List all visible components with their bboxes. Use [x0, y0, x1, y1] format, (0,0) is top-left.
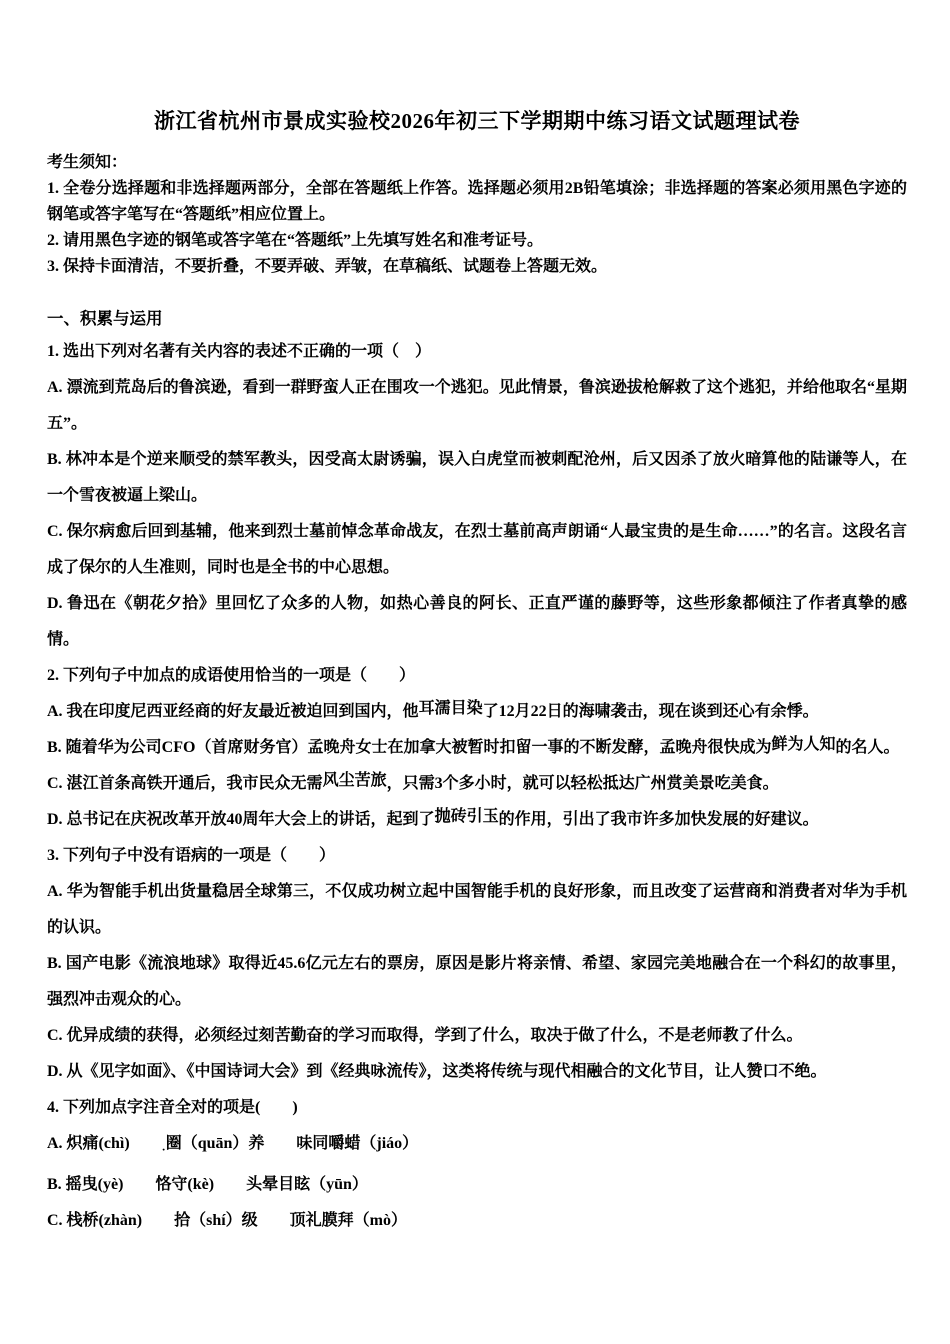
text-segment: ，只需3个多小时，就可以轻松抵达广州赏美景吃美食。 — [387, 775, 779, 792]
q4-option-c: C. 栈桥(zhàn) 拾（shí）级 顶礼膜拜（mò） — [47, 1203, 907, 1239]
exam-paper-page: 浙江省杭州市景成实验校2026年初三下学期期中练习语文试题理试卷 考生须知： 1… — [0, 0, 950, 1344]
q3-stem: 3. 下列句子中没有语病的一项是（ ） — [47, 838, 907, 874]
q2-option-c: C. 湛江首条高铁开通后，我市民众无需风尘苦旅，只需3个多小时，就可以轻松抵达广… — [47, 766, 907, 802]
questions-container: 1. 选出下列对名著有关内容的表述不正确的一项（ ）A. 漂流到荒岛后的鲁滨逊，… — [47, 334, 907, 1239]
emphasized-idiom: 抛砖引玉 — [435, 808, 499, 825]
notice-heading: 考生须知： — [47, 150, 907, 176]
text-segment: 1. 选出下列对名著有关内容的表述不正确的一项（ ） — [47, 343, 431, 360]
q1-option-d: D. 鲁迅在《朝花夕拾》里回忆了众多的人物，如热心善良的阿长、正直严谨的藤野等，… — [47, 586, 907, 658]
q3-option-d: D. 从《见字如面》、《中国诗词大会》到《经典咏流传》，这类将传统与现代相融合的… — [47, 1054, 907, 1090]
text-segment: C. 栈桥(zhàn) 拾（shí）级 顶礼膜拜（mò） — [47, 1212, 407, 1229]
notice-item-3: 3. 保持卡面清洁，不要折叠，不要弄破、弄皱，在草稿纸、试题卷上答题无效。 — [47, 254, 907, 280]
text-segment: 3. 下列句子中没有语病的一项是（ ） — [47, 847, 335, 864]
section-heading: 一、积累与运用 — [47, 304, 907, 334]
text-segment: A. 炽痛(chì) — [47, 1135, 162, 1152]
text-segment: D. 鲁迅在《朝花夕拾》里回忆了众多的人物，如热心善良的阿长、正直严谨的藤野等，… — [47, 595, 907, 648]
q2-option-d: D. 总书记在庆祝改革开放40周年大会上的讲话，起到了抛砖引玉的作用，引出了我市… — [47, 802, 907, 838]
text-segment: 2. 下列句子中加点的成语使用恰当的一项是（ ） — [47, 667, 415, 684]
text-segment: 的作用，引出了我市许多加快发展的好建议。 — [499, 811, 819, 828]
q1-option-a: A. 漂流到荒岛后的鲁滨逊，看到一群野蛮人正在围攻一个逃犯。见此情景，鲁滨逊拔枪… — [47, 370, 907, 442]
notice-item-1: 1. 全卷分选择题和非选择题两部分，全部在答题纸上作答。选择题必须用2B铅笔填涂… — [47, 176, 907, 228]
q3-option-c: C. 优异成绩的获得，必须经过刻苦勤奋的学习而取得，学到了什么，取决于做了什么，… — [47, 1018, 907, 1054]
notice-item-2: 2. 请用黑色字迹的钢笔或答字笔在“答题纸”上先填写姓名和准考证号。 — [47, 228, 907, 254]
q2-option-b: B. 随着华为公司CFO（首席财务官）孟晚舟女士在加拿大被暂时扣留一事的不断发酵… — [47, 730, 907, 766]
q2-option-a: A. 我在印度尼西亚经商的好友最近被迫回到国内，他耳濡目染了12月22日的海啸袭… — [47, 694, 907, 730]
q1-stem: 1. 选出下列对名著有关内容的表述不正确的一项（ ） — [47, 334, 907, 370]
text-segment: B. 国产电影《流浪地球》取得近45.6亿元左右的票房，原因是影片将亲情、希望、… — [47, 955, 907, 1008]
text-segment: C. 保尔病愈后回到基辅，他来到烈士墓前悼念革命战友，在烈士墓前高声朗诵“人最宝… — [47, 523, 907, 576]
text-segment: A. 我在印度尼西亚经商的好友最近被迫回到国内，他 — [47, 703, 419, 720]
q1-option-c: C. 保尔病愈后回到基辅，他来到烈士墓前悼念革命战友，在烈士墓前高声朗诵“人最宝… — [47, 514, 907, 586]
text-segment: D. 从《见字如面》、《中国诗词大会》到《经典咏流传》，这类将传统与现代相融合的… — [47, 1063, 827, 1080]
text-segment: B. 摇曳(yè) 恪守(kè) 头晕目眩（yūn） — [47, 1176, 368, 1193]
text-segment: B. 林冲本是个逆来顺受的禁军教头，因受高太尉诱骗，误入白虎堂而被刺配沧州，后又… — [47, 451, 907, 504]
text-segment: A. 华为智能手机出货量稳居全球第三，不仅成功树立起中国智能手机的良好形象，而且… — [47, 883, 907, 936]
notice-section: 考生须知： 1. 全卷分选择题和非选择题两部分，全部在答题纸上作答。选择题必须用… — [47, 150, 907, 280]
text-segment: A. 漂流到荒岛后的鲁滨逊，看到一群野蛮人正在围攻一个逃犯。见此情景，鲁滨逊拔枪… — [47, 379, 907, 432]
text-segment: C. 优异成绩的获得，必须经过刻苦勤奋的学习而取得，学到了什么，取决于做了什么，… — [47, 1027, 803, 1044]
text-segment: 的名人。 — [835, 739, 899, 756]
q2-stem: 2. 下列句子中加点的成语使用恰当的一项是（ ） — [47, 658, 907, 694]
q1-option-b: B. 林冲本是个逆来顺受的禁军教头，因受高太尉诱骗，误入白虎堂而被刺配沧州，后又… — [47, 442, 907, 514]
q4-option-b: B. 摇曳(yè) 恪守(kè) 头晕目眩（yūn） — [47, 1167, 907, 1203]
text-segment: B. 随着华为公司CFO（首席财务官）孟晚舟女士在加拿大被暂时扣留一事的不断发酵… — [47, 739, 771, 756]
q3-option-a: A. 华为智能手机出货量稳居全球第三，不仅成功树立起中国智能手机的良好形象，而且… — [47, 874, 907, 946]
paper-title: 浙江省杭州市景成实验校2026年初三下学期期中练习语文试题理试卷 — [47, 106, 907, 136]
q3-option-b: B. 国产电影《流浪地球》取得近45.6亿元左右的票房，原因是影片将亲情、希望、… — [47, 946, 907, 1018]
emphasized-idiom: 耳濡目染 — [419, 700, 483, 717]
q4-option-a: A. 炽痛(chì) ·圈（quān）养 味同嚼蜡（jiáo） — [47, 1126, 907, 1167]
emphasized-idiom: 风尘苦旅 — [323, 772, 387, 789]
text-segment: C. 湛江首条高铁开通后，我市民众无需 — [47, 775, 323, 792]
text-segment: 圈（quān）养 味同嚼蜡（jiáo） — [166, 1135, 418, 1152]
text-segment: 了12月22日的海啸袭击，现在谈到还心有余悸。 — [483, 703, 819, 720]
q4-stem: 4. 下列加点字注音全对的项是( ) — [47, 1090, 907, 1126]
text-segment: 4. 下列加点字注音全对的项是( ) — [47, 1099, 298, 1116]
text-segment: D. 总书记在庆祝改革开放40周年大会上的讲话，起到了 — [47, 811, 435, 828]
section-accumulation-and-use: 一、积累与运用 1. 选出下列对名著有关内容的表述不正确的一项（ ）A. 漂流到… — [47, 304, 907, 1239]
emphasized-idiom: 鲜为人知 — [771, 736, 835, 753]
